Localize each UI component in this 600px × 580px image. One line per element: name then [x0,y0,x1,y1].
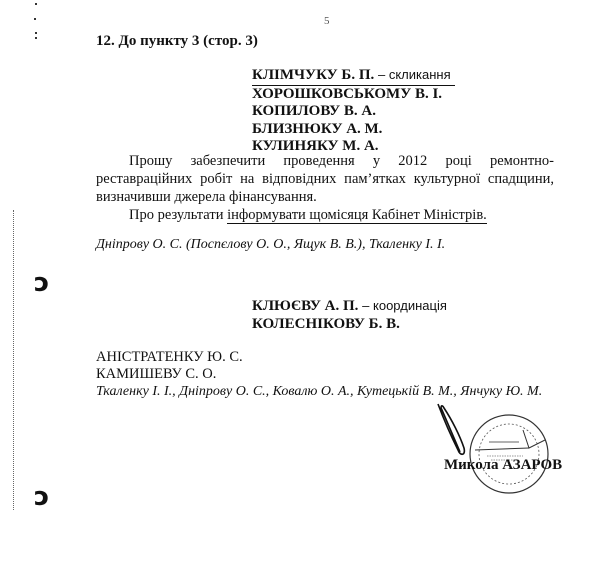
addressee-name: КОПИЛОВУ В. А. [252,103,455,121]
addressee-name: БЛИЗНЮКУ А. М. [252,121,455,139]
addressee-block-secondary: АНІСТРАТЕНКУ Ю. С. КАМИШЕВУ С. О. Ткален… [96,349,542,400]
addressee-block-primary: КЛІМЧУКУ Б. П. – скликання ХОРОШКОВСЬКОМ… [252,66,455,156]
margin-binding-line [13,210,15,510]
document-page: 5 ↄ ↄ 12. До пункту 3 (стор. 3) КЛІМЧУКУ… [0,0,600,580]
signatory-name: Микола АЗАРОВ [444,457,562,474]
addressee-block-coordination: КЛЮЄВУ А. П. – координація КОЛЕСНІКОВУ Б… [252,297,447,333]
addressee-name: КЛІМЧУКУ Б. П. [252,67,374,83]
page-number: 5 [324,15,330,27]
punch-hole-mark-icon: ↄ [34,482,49,512]
punch-hole-mark-icon: ↄ [34,268,49,298]
margin-dot [35,37,37,39]
addressee-name: АНІСТРАТЕНКУ Ю. С. [96,349,542,366]
official-seal-stamp-icon [467,412,551,496]
copy-recipients-1: Дніпрову О. С. (Поспєлову О. О., Ящук В.… [96,237,445,253]
addressee-row-underlined: КЛІМЧУКУ Б. П. – скликання [252,66,455,86]
instruction-body: Прошу забезпечити проведення у 2012 році… [96,152,554,224]
margin-dot [35,32,37,34]
margin-dot [34,18,36,20]
addressee-role: – координація [362,298,447,313]
report-underlined-text: інформувати щомісяця Кабінет Міністрів. [227,207,487,224]
report-prefix: Про результати [129,207,227,223]
instruction-paragraph: Прошу забезпечити проведення у 2012 році… [96,152,554,206]
margin-dot [35,3,37,5]
addressee-name: ХОРОШКОВСЬКОМУ В. І. [252,86,455,104]
addressee-name: КОЛЕСНІКОВУ Б. В. [252,316,447,334]
report-paragraph: Про результати інформувати щомісяця Кабі… [96,206,554,224]
addressee-name: КАМИШЕВУ С. О. [96,366,542,383]
addressee-role: – скликання [378,67,451,82]
copy-recipients-2: Ткаленку І. І., Дніпрову О. С., Ковалю О… [96,383,542,400]
section-heading: 12. До пункту 3 (стор. 3) [96,33,258,50]
addressee-name: КЛЮЄВУ А. П. [252,298,358,314]
